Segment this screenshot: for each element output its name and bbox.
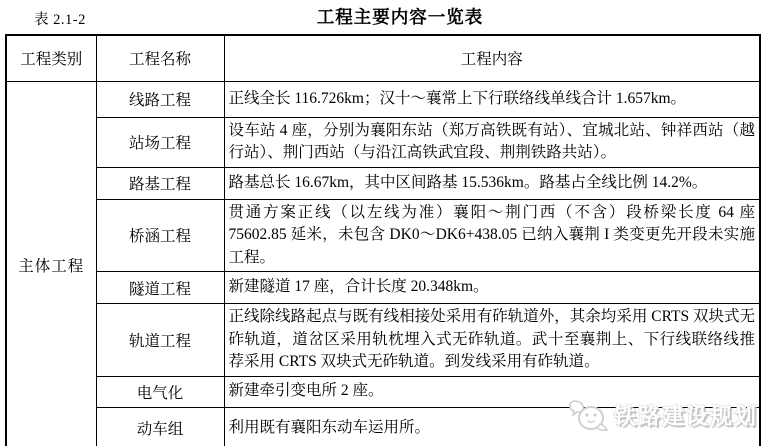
header-row: 工程类别 工程名称 工程内容: [6, 35, 760, 81]
main-table: 工程类别 工程名称 工程内容 主体工程 线路工程 正线全长 116.726km；…: [5, 34, 761, 446]
page-title: 工程主要内容一览表: [0, 4, 766, 29]
row-name: 电气化: [96, 376, 224, 407]
row-name: 动车组: [96, 407, 224, 446]
category-cell: 主体工程: [6, 81, 96, 446]
caption-row: 表 2.1-2 工程主要内容一览表: [0, 0, 766, 34]
row-name: 站场工程: [96, 117, 224, 167]
row-content: 正线全长 116.726km；汉十～襄常上下行联络线单线合计 1.657km。: [224, 81, 760, 117]
column-header-category: 工程类别: [6, 35, 96, 81]
table-row: 电气化 新建牵引变电所 2 座。: [6, 376, 760, 407]
table-row: 轨道工程 正线除线路起点与既有线相接处采用有砟轨道外，其余均采用 CRTS 双块…: [6, 304, 760, 377]
row-content: 贯通方案正线（以左线为准）襄阳～荆门西（不含）段桥梁长度 64 座 75602.…: [224, 199, 760, 272]
row-content: 正线除线路起点与既有线相接处采用有砟轨道外，其余均采用 CRTS 双块式无砟轨道…: [224, 304, 760, 377]
row-name: 线路工程: [96, 81, 224, 117]
table-row: 隧道工程 新建隧道 17 座，合计长度 20.348km。: [6, 272, 760, 304]
table-row: 路基工程 路基总长 16.67km，其中区间路基 15.536km。路基占全线比…: [6, 167, 760, 199]
row-name: 隧道工程: [96, 272, 224, 304]
row-content: 利用既有襄阳东动车运用所。: [224, 407, 760, 446]
table-row: 主体工程 线路工程 正线全长 116.726km；汉十～襄常上下行联络线单线合计…: [6, 81, 760, 117]
row-content: 新建牵引变电所 2 座。: [224, 376, 760, 407]
column-header-content: 工程内容: [224, 35, 760, 81]
row-name: 路基工程: [96, 167, 224, 199]
row-name: 桥涵工程: [96, 199, 224, 272]
table-row: 桥涵工程 贯通方案正线（以左线为准）襄阳～荆门西（不含）段桥梁长度 64 座 7…: [6, 199, 760, 272]
table-row: 站场工程 设车站 4 座，分别为襄阳东站（郑万高铁既有站）、宜城北站、钟祥西站（…: [6, 117, 760, 167]
table-row: 动车组 利用既有襄阳东动车运用所。: [6, 407, 760, 446]
column-header-name: 工程名称: [96, 35, 224, 81]
row-content: 设车站 4 座，分别为襄阳东站（郑万高铁既有站）、宜城北站、钟祥西站（越行站）、…: [224, 117, 760, 167]
row-content: 新建隧道 17 座，合计长度 20.348km。: [224, 272, 760, 304]
row-name: 轨道工程: [96, 304, 224, 377]
row-content: 路基总长 16.67km，其中区间路基 15.536km。路基占全线比例 14.…: [224, 167, 760, 199]
